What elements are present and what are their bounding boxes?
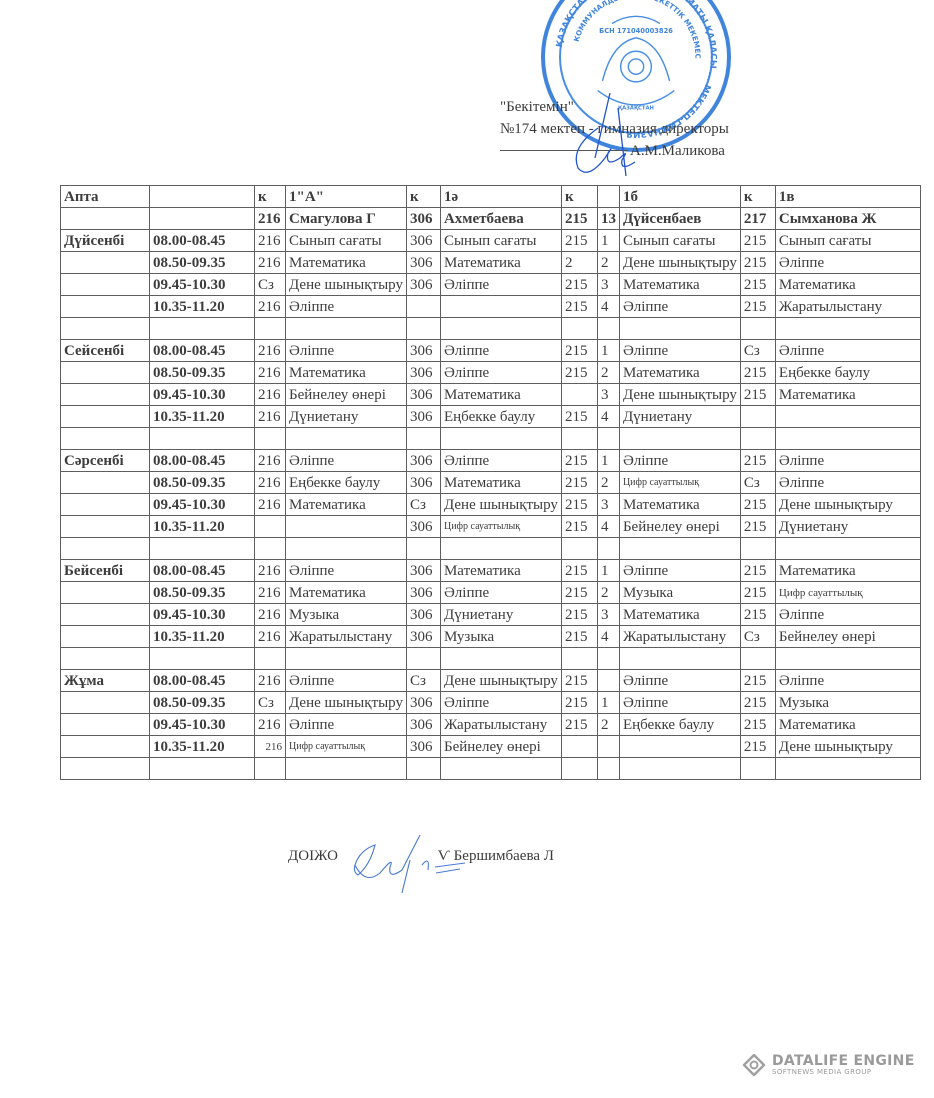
empty-cell	[775, 318, 920, 340]
room-number: Жаратылыстану	[619, 626, 740, 648]
room-number: Әліппе	[619, 560, 740, 582]
subject-cell: 215	[740, 296, 775, 318]
room-number: Еңбекке баулу	[619, 714, 740, 736]
room-number: Дене шынықтыру	[619, 384, 740, 406]
room-number: 215	[561, 714, 597, 736]
empty-cell	[619, 538, 740, 560]
table-cell	[61, 296, 150, 318]
empty-cell	[740, 428, 775, 450]
lesson-number	[597, 670, 619, 692]
room-number: 216	[255, 384, 286, 406]
day-name: Сейсенбі	[61, 340, 150, 362]
subject-cell: Музыка	[440, 626, 561, 648]
room-number: 215	[561, 450, 597, 472]
room-number: 215	[561, 230, 597, 252]
subject-cell: 215	[740, 714, 775, 736]
room-number: 216	[255, 604, 286, 626]
room-number: 216	[255, 626, 286, 648]
lesson-number: 3	[597, 384, 619, 406]
column-header: к	[740, 186, 775, 208]
room-number: 216	[255, 208, 286, 230]
empty-cell	[255, 318, 286, 340]
lesson-row: 09.45-10.30216 МатематикаСзДене шынықтыр…	[61, 494, 921, 516]
subject-cell: Сз	[740, 626, 775, 648]
lesson-row: Бейсенбі08.00-08.45216Әліппе306Математик…	[61, 560, 921, 582]
room-number: Әліппе	[619, 296, 740, 318]
teacher-name: Смагулова Г	[286, 208, 407, 230]
room-number	[150, 208, 255, 230]
empty-cell	[286, 428, 407, 450]
column-header: 1"А"	[286, 186, 407, 208]
empty-cell	[406, 648, 440, 670]
column-header: 1в	[775, 186, 920, 208]
empty-cell	[775, 758, 920, 780]
empty-cell	[255, 758, 286, 780]
column-header: 1б	[619, 186, 740, 208]
lesson-row: 10.35-11.20306Цифр сауаттылық2154Бейнеле…	[61, 516, 921, 538]
room-number: Дүниетану	[619, 406, 740, 428]
room-number: Әліппе	[619, 692, 740, 714]
room-number: 215	[561, 626, 597, 648]
lesson-number: 4	[597, 406, 619, 428]
room-number: 216	[255, 582, 286, 604]
empty-cell	[286, 318, 407, 340]
lesson-number: 3	[597, 274, 619, 296]
time-slot: 10.35-11.20	[150, 626, 255, 648]
empty-cell	[440, 318, 561, 340]
lesson-row: 08.50-09.35216Математика306Математика22Д…	[61, 252, 921, 274]
table-cell	[61, 274, 150, 296]
lesson-number: 1	[597, 340, 619, 362]
room-number: 215	[561, 670, 597, 692]
room-number: Әліппе	[619, 670, 740, 692]
room-number: 306	[406, 714, 440, 736]
lesson-row: 09.45-10.30216Әліппе306Жаратылыстану2152…	[61, 714, 921, 736]
room-number: 306	[406, 230, 440, 252]
subject-cell: Сынып сағаты	[775, 230, 920, 252]
subject-cell: Математика	[286, 252, 407, 274]
subject-cell: 215	[740, 384, 775, 406]
subject-cell: Дүниетану	[775, 516, 920, 538]
subject-cell: Әліппе	[286, 340, 407, 362]
subject-cell: Математика	[775, 560, 920, 582]
lesson-number: 1	[597, 560, 619, 582]
empty-cell	[286, 538, 407, 560]
time-slot: 10.35-11.20	[150, 516, 255, 538]
empty-cell	[255, 538, 286, 560]
deputy-signature	[340, 825, 470, 895]
room-number	[406, 296, 440, 318]
separator-row	[61, 538, 921, 560]
room-number: 306	[406, 406, 440, 428]
subject-cell	[775, 406, 920, 428]
subject-cell: 215	[740, 560, 775, 582]
subject-cell: Бейнелеу өнері	[286, 384, 407, 406]
table-cell	[61, 692, 150, 714]
room-number: Цифр сауаттылық	[619, 472, 740, 494]
footer-role: ДОІЖО	[288, 848, 338, 864]
column-header	[150, 186, 255, 208]
empty-cell	[61, 538, 150, 560]
room-number: 306	[406, 472, 440, 494]
room-number	[61, 208, 150, 230]
room-number: 215	[561, 494, 597, 516]
subject-cell: Әліппе	[440, 692, 561, 714]
teacher-name: Сымханова Ж	[775, 208, 920, 230]
subject-cell: Дүниетану	[286, 406, 407, 428]
time-slot: 08.00-08.45	[150, 450, 255, 472]
room-number: 216	[255, 494, 286, 516]
room-number: Математика	[619, 604, 740, 626]
room-number: 215	[561, 362, 597, 384]
subject-cell: 215	[740, 252, 775, 274]
subject-cell: Цифр сауаттылық	[775, 582, 920, 604]
time-slot: 08.50-09.35	[150, 252, 255, 274]
room-number: 216	[255, 362, 286, 384]
empty-cell	[740, 758, 775, 780]
empty-cell	[597, 758, 619, 780]
room-number: 216	[255, 252, 286, 274]
subject-cell: 215	[740, 582, 775, 604]
subject-cell: Әліппе	[440, 340, 561, 362]
time-slot: 08.00-08.45	[150, 230, 255, 252]
room-number: 216	[255, 670, 286, 692]
day-name: Жұма	[61, 670, 150, 692]
room-number: 306	[406, 516, 440, 538]
room-number: 215	[561, 274, 597, 296]
lesson-number: 3	[597, 494, 619, 516]
subject-cell: Әліппе	[775, 670, 920, 692]
lesson-row: 08.50-09.35216Математика306Әліппе2152Мат…	[61, 362, 921, 384]
separator-row	[61, 318, 921, 340]
header-row: Аптак1"А"к1әк1бк1в	[61, 186, 921, 208]
lesson-number: 4	[597, 296, 619, 318]
subject-cell: Математика	[286, 362, 407, 384]
subject-cell: 215	[740, 692, 775, 714]
teacher-row: 216Смагулова Г306Ахметбаева21513Дүйсенба…	[61, 208, 921, 230]
subject-cell: 215	[740, 516, 775, 538]
room-number: Сз	[406, 670, 440, 692]
subject-cell: Дене шынықтыру	[440, 670, 561, 692]
room-number	[561, 736, 597, 758]
room-number: 306	[406, 384, 440, 406]
room-number: Әліппе	[619, 340, 740, 362]
subject-cell: Математика	[440, 252, 561, 274]
room-number: 306	[406, 450, 440, 472]
empty-cell	[61, 758, 150, 780]
empty-cell	[286, 758, 407, 780]
room-number: 306	[406, 692, 440, 714]
subject-cell: Математика	[775, 714, 920, 736]
room-number: 306	[406, 736, 440, 758]
time-slot: 09.45-10.30	[150, 714, 255, 736]
empty-cell	[597, 428, 619, 450]
table-cell	[61, 714, 150, 736]
day-name: Сәрсенбі	[61, 450, 150, 472]
table-cell	[61, 582, 150, 604]
lesson-number: 1	[597, 450, 619, 472]
director-signature	[560, 88, 650, 183]
subject-cell: Сынып сағаты	[440, 230, 561, 252]
time-slot: 09.45-10.30	[150, 494, 255, 516]
room-number	[561, 384, 597, 406]
lesson-row: 08.50-09.35СзДене шынықтыру306Әліппе2151…	[61, 692, 921, 714]
empty-cell	[740, 538, 775, 560]
schedule-table: Аптак1"А"к1әк1бк1в216Смагулова Г306Ахмет…	[60, 185, 921, 780]
table-cell	[61, 252, 150, 274]
room-number: 215	[561, 472, 597, 494]
empty-cell	[561, 318, 597, 340]
subject-cell: Сз	[740, 472, 775, 494]
subject-cell: Әліппе	[440, 362, 561, 384]
room-number: 215	[561, 208, 597, 230]
subject-cell: Әліппе	[440, 582, 561, 604]
lesson-number: 2	[597, 472, 619, 494]
time-slot: 08.00-08.45	[150, 670, 255, 692]
room-number: Сз	[255, 692, 286, 714]
empty-cell	[619, 758, 740, 780]
empty-cell	[150, 428, 255, 450]
subject-cell: Бейнелеу өнері	[440, 736, 561, 758]
subject-cell: Цифр сауаттылық	[286, 736, 407, 758]
room-number: Сз	[406, 494, 440, 516]
empty-cell	[440, 758, 561, 780]
subject-cell: Әліппе	[286, 296, 407, 318]
table-cell	[61, 406, 150, 428]
room-number: 216	[255, 406, 286, 428]
empty-cell	[61, 428, 150, 450]
table-cell	[61, 736, 150, 758]
subject-cell: Математика	[286, 582, 407, 604]
subject-cell: Математика	[775, 274, 920, 296]
subject-cell: Әліппе	[286, 670, 407, 692]
lesson-number: 2	[597, 362, 619, 384]
room-number: 306	[406, 362, 440, 384]
subject-cell: Дене шынықтыру	[440, 494, 561, 516]
room-number: 306	[406, 582, 440, 604]
subject-cell: Бейнелеу өнері	[775, 626, 920, 648]
subject-cell: Сз	[740, 340, 775, 362]
day-name: Дүйсенбі	[61, 230, 150, 252]
lesson-row: 10.35-11.20216Дүниетану306Еңбекке баулу2…	[61, 406, 921, 428]
lesson-number	[597, 736, 619, 758]
lesson-row: Жұма08.00-08.45216ӘліппеСзДене шынықтыру…	[61, 670, 921, 692]
time-slot: 10.35-11.20	[150, 736, 255, 758]
subject-cell: Жаратылыстану	[775, 296, 920, 318]
subject-cell: Математика	[440, 560, 561, 582]
time-slot: 08.00-08.45	[150, 560, 255, 582]
time-slot: 10.35-11.20	[150, 406, 255, 428]
empty-cell	[406, 758, 440, 780]
subject-cell: Әліппе	[286, 450, 407, 472]
room-number: 306	[406, 626, 440, 648]
room-number: 306	[406, 252, 440, 274]
subject-cell: Еңбекке баулу	[775, 362, 920, 384]
subject-cell: Әліппе	[440, 274, 561, 296]
empty-cell	[150, 318, 255, 340]
subject-cell	[286, 516, 407, 538]
empty-cell	[561, 758, 597, 780]
subject-cell: Дене шынықтыру	[775, 736, 920, 758]
subject-cell: Музыка	[286, 604, 407, 626]
empty-cell	[406, 318, 440, 340]
table-cell	[61, 384, 150, 406]
lesson-number: 4	[597, 626, 619, 648]
lesson-number: 2	[597, 714, 619, 736]
subject-cell: Әліппе	[286, 560, 407, 582]
empty-cell	[255, 428, 286, 450]
subject-cell: Әліппе	[775, 472, 920, 494]
room-number: Сз	[255, 274, 286, 296]
watermark-title: DATALIFE ENGINE	[772, 1054, 915, 1068]
room-number: 215	[561, 560, 597, 582]
room-number: 306	[406, 208, 440, 230]
table-cell	[61, 626, 150, 648]
time-slot: 08.50-09.35	[150, 362, 255, 384]
watermark-subtitle: SOFTNEWS MEDIA GROUP	[772, 1068, 915, 1077]
room-number: 215	[561, 692, 597, 714]
subject-cell: 215	[740, 274, 775, 296]
subject-cell: 215	[740, 736, 775, 758]
room-number: 306	[406, 604, 440, 626]
empty-cell	[286, 648, 407, 670]
room-number: 306	[406, 340, 440, 362]
room-number: 306	[406, 560, 440, 582]
subject-cell: Дене шынықтыру	[286, 692, 407, 714]
teacher-name: Дүйсенбаев	[619, 208, 740, 230]
room-number: 215	[561, 516, 597, 538]
datalife-logo-icon	[742, 1053, 766, 1077]
lesson-row: 10.35-11.20216Әліппе2154Әліппе215Жаратыл…	[61, 296, 921, 318]
empty-cell	[150, 538, 255, 560]
room-number: 215	[561, 296, 597, 318]
room-number: 216	[255, 450, 286, 472]
column-header: к	[561, 186, 597, 208]
empty-cell	[150, 648, 255, 670]
room-number: 13	[597, 208, 619, 230]
lesson-number: 4	[597, 516, 619, 538]
subject-cell: Әліппе	[775, 450, 920, 472]
subject-cell: 215	[740, 450, 775, 472]
empty-cell	[61, 318, 150, 340]
room-number: 306	[406, 274, 440, 296]
empty-cell	[406, 538, 440, 560]
lesson-row: 08.50-09.35216Математика306Әліппе2152 Му…	[61, 582, 921, 604]
time-slot: 10.35-11.20	[150, 296, 255, 318]
room-number: Сынып сағаты	[619, 230, 740, 252]
subject-cell: Әліппе	[286, 714, 407, 736]
subject-cell: 215	[740, 494, 775, 516]
subject-cell: Цифр сауаттылық	[440, 516, 561, 538]
room-number: 216	[255, 736, 286, 758]
lesson-number: 2	[597, 582, 619, 604]
room-number: 216	[255, 296, 286, 318]
lesson-row: Сейсенбі08.00-08.45216Әліппе306Әліппе215…	[61, 340, 921, 362]
empty-cell	[597, 318, 619, 340]
table-cell	[61, 604, 150, 626]
empty-cell	[61, 648, 150, 670]
room-number: Математика	[619, 494, 740, 516]
time-slot: 08.50-09.35	[150, 692, 255, 714]
subject-cell	[740, 406, 775, 428]
lesson-number: 1	[597, 230, 619, 252]
empty-cell	[440, 428, 561, 450]
time-slot: 09.45-10.30	[150, 274, 255, 296]
subject-cell: Жаратылыстану	[440, 714, 561, 736]
lesson-row: 09.45-10.30СзДене шынықтыру306Әліппе2153…	[61, 274, 921, 296]
separator-row	[61, 428, 921, 450]
lesson-row: Дүйсенбі08.00-08.45216Сынып сағаты306Сын…	[61, 230, 921, 252]
subject-cell: Математика	[286, 494, 407, 516]
room-number: 216	[255, 560, 286, 582]
room-number: 216	[255, 714, 286, 736]
subject-cell: Әліппе	[440, 450, 561, 472]
room-number: 2	[561, 252, 597, 274]
time-slot: 08.50-09.35	[150, 582, 255, 604]
column-header	[597, 186, 619, 208]
room-number: 215	[561, 406, 597, 428]
lesson-row: 09.45-10.30216 Музыка306Дүниетану2153Мат…	[61, 604, 921, 626]
lesson-row: 10.35-11.20216Жаратылыстану306 Музыка215…	[61, 626, 921, 648]
table-cell	[61, 516, 150, 538]
time-slot: 09.45-10.30	[150, 604, 255, 626]
subject-cell: 215	[740, 230, 775, 252]
room-number: Музыка	[619, 582, 740, 604]
room-number: Дене шынықтыру	[619, 252, 740, 274]
room-number: 217	[740, 208, 775, 230]
room-number: Бейнелеу өнері	[619, 516, 740, 538]
subject-cell: Әліппе	[775, 340, 920, 362]
empty-cell	[561, 648, 597, 670]
subject-cell: Әліппе	[775, 604, 920, 626]
subject-cell: 215	[740, 670, 775, 692]
room-number	[619, 736, 740, 758]
empty-cell	[775, 428, 920, 450]
empty-cell	[740, 648, 775, 670]
subject-cell	[440, 296, 561, 318]
empty-cell	[440, 648, 561, 670]
empty-cell	[775, 648, 920, 670]
room-number: 216	[255, 340, 286, 362]
table-cell	[61, 472, 150, 494]
datalife-watermark: DATALIFE ENGINE SOFTNEWS MEDIA GROUP	[742, 1053, 915, 1077]
subject-cell: Сынып сағаты	[286, 230, 407, 252]
day-name: Бейсенбі	[61, 560, 150, 582]
time-slot: 08.00-08.45	[150, 340, 255, 362]
separator-row	[61, 648, 921, 670]
subject-cell: Еңбекке баулу	[286, 472, 407, 494]
subject-cell: Математика	[775, 384, 920, 406]
room-number: Математика	[619, 274, 740, 296]
room-number: Әліппе	[619, 450, 740, 472]
empty-cell	[150, 758, 255, 780]
table-cell	[61, 494, 150, 516]
table-cell	[61, 362, 150, 384]
empty-cell	[775, 538, 920, 560]
empty-cell	[440, 538, 561, 560]
empty-cell	[619, 428, 740, 450]
column-header: к	[406, 186, 440, 208]
separator-row	[61, 758, 921, 780]
column-header: 1ә	[440, 186, 561, 208]
column-header: к	[255, 186, 286, 208]
lesson-row: 08.50-09.35216 Еңбекке баулу306 Математи…	[61, 472, 921, 494]
teacher-name: Ахметбаева	[440, 208, 561, 230]
subject-cell: Музыка	[775, 692, 920, 714]
room-number	[255, 516, 286, 538]
subject-cell: Дүниетану	[440, 604, 561, 626]
subject-cell: Еңбекке баулу	[440, 406, 561, 428]
